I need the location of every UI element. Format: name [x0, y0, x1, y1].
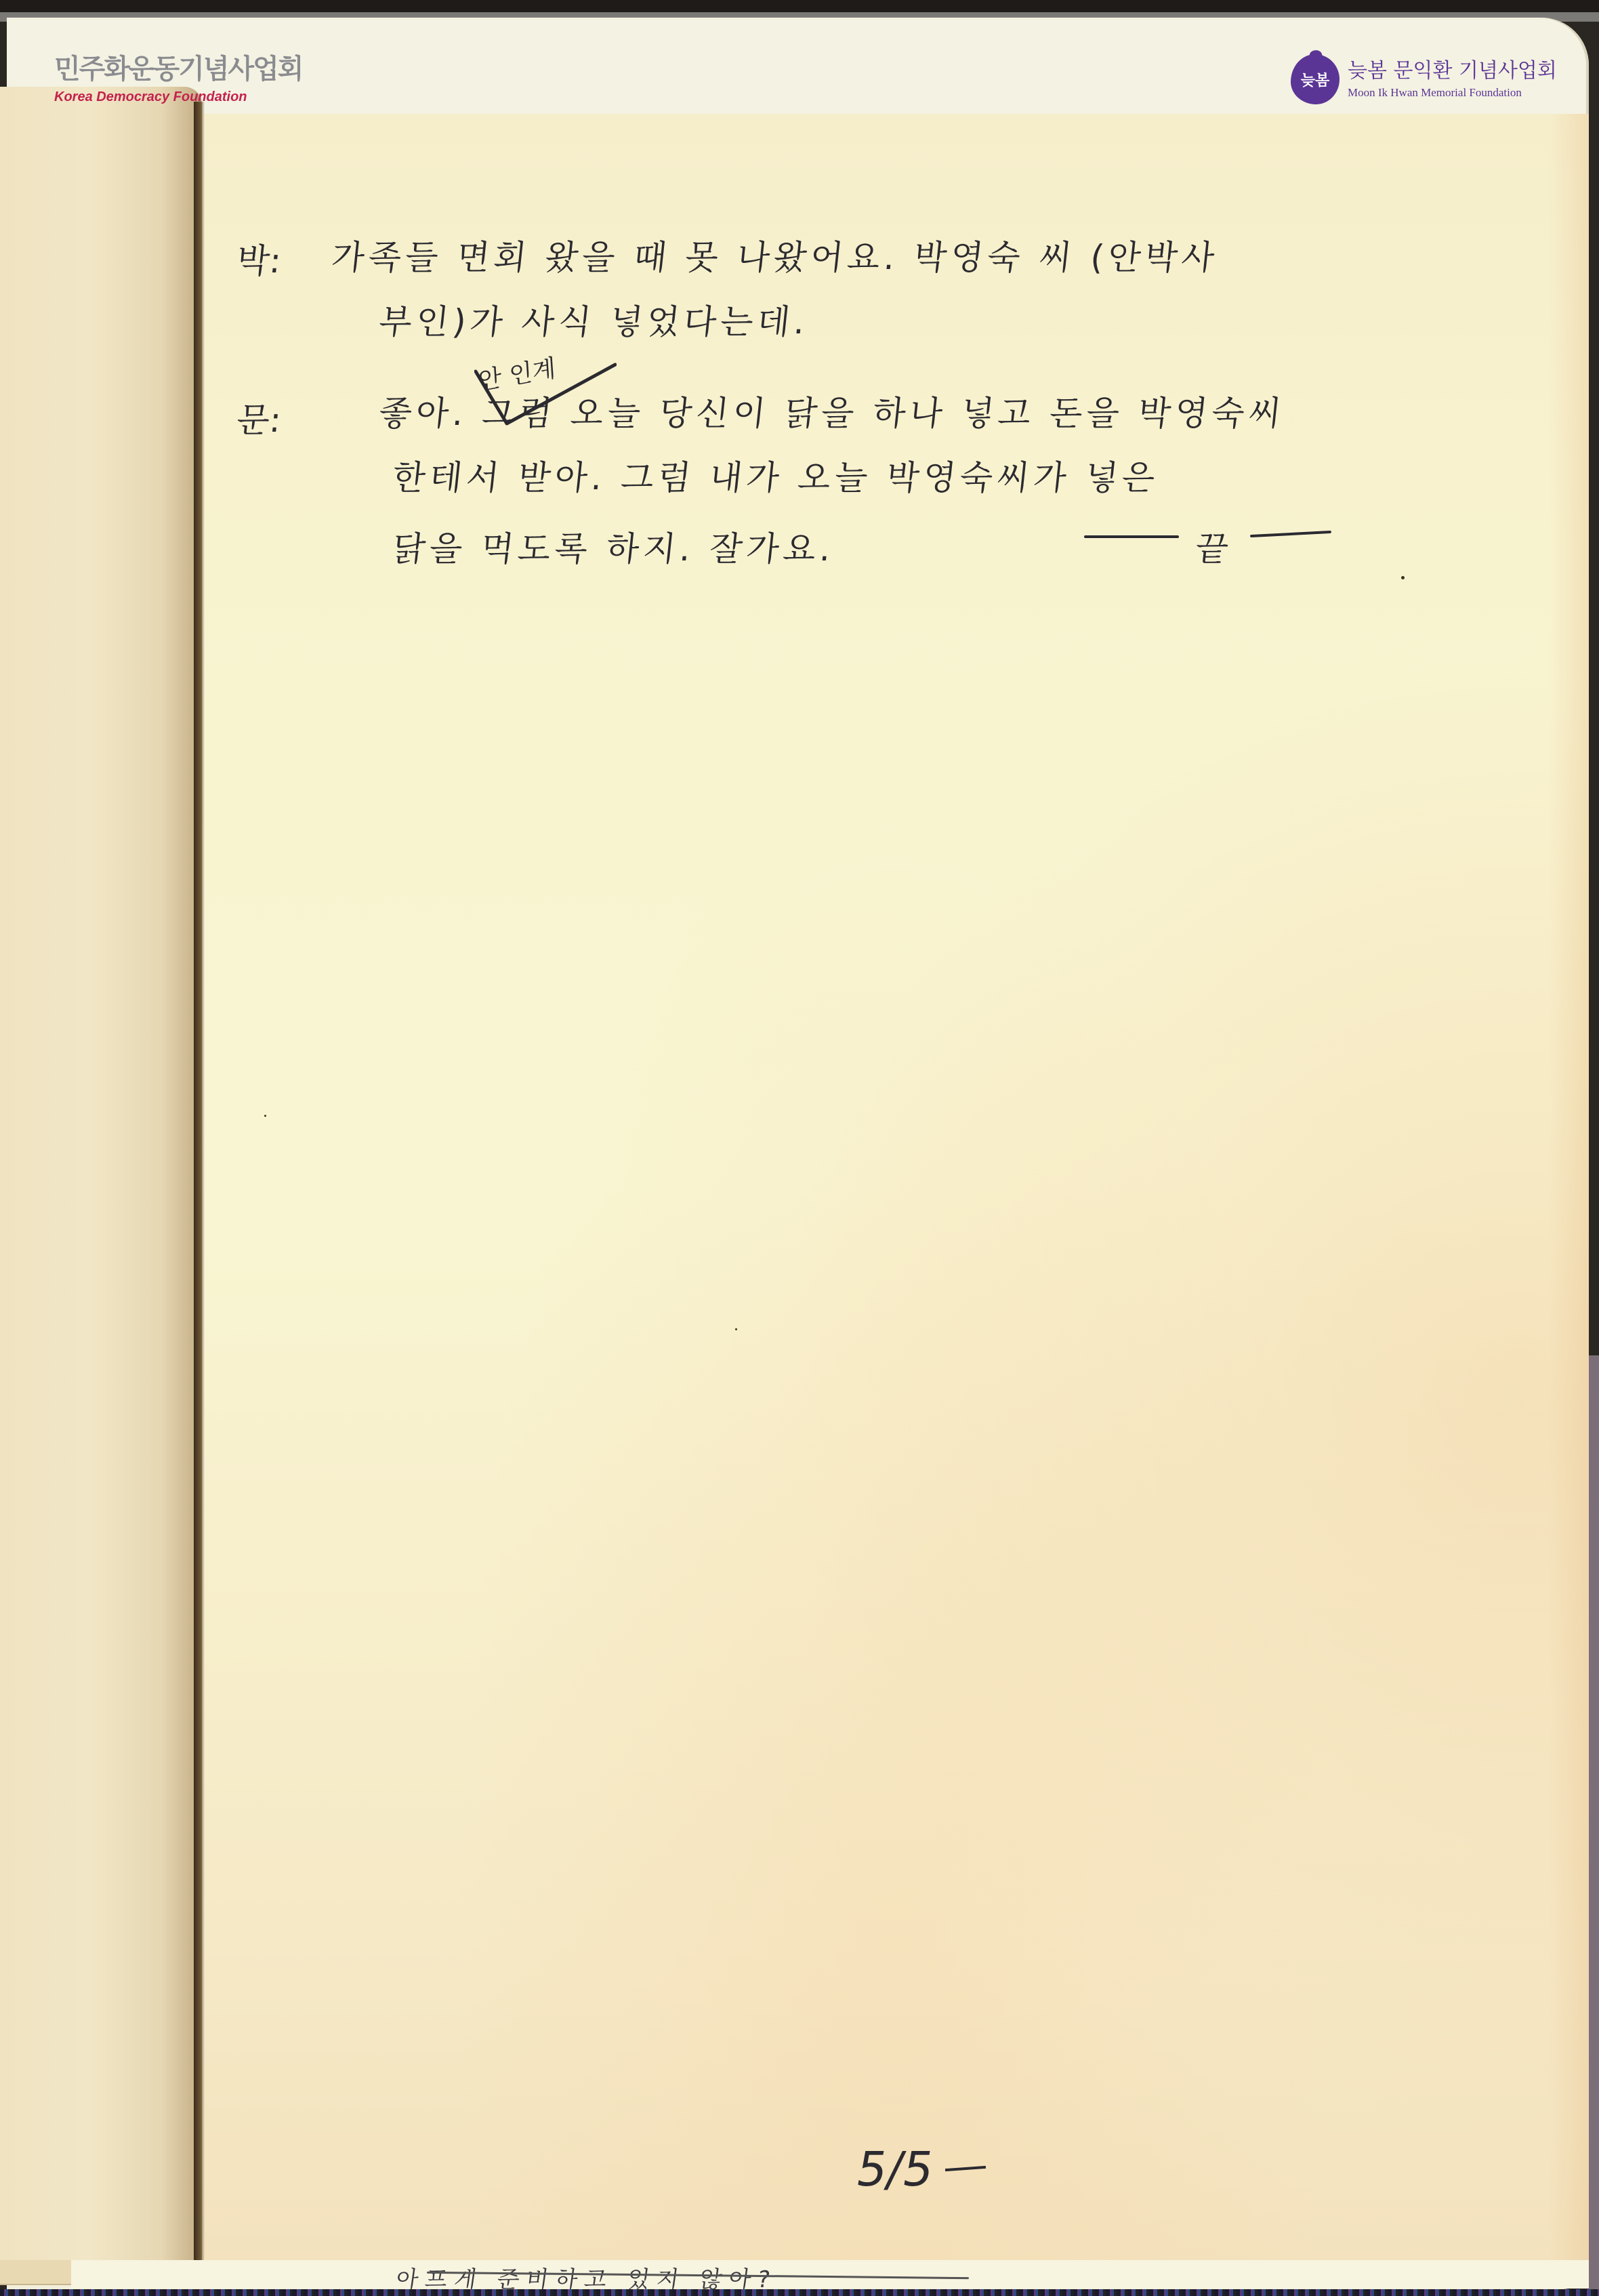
- speaker-label: 문:: [234, 393, 284, 442]
- moon-ik-hwan-foundation-logo: 늦봄 늦봄 문익환 기념사업회 Moon Ik Hwan Memorial Fo…: [1291, 54, 1557, 104]
- left-folded-page: [0, 87, 202, 2262]
- emblem-text: 늦봄: [1301, 69, 1330, 90]
- ink-speck: [264, 1115, 266, 1117]
- nuetbom-emblem-icon: 늦봄: [1291, 54, 1340, 104]
- end-mark: 끝: [1193, 522, 1231, 571]
- page-number: 5/5: [852, 2141, 938, 2197]
- backing-page-edge: [1589, 1355, 1599, 2291]
- manuscript-line-1: 가족들 면회 왔을 때 못 나왔어요. 박영숙 씨 (안박사: [329, 230, 1221, 279]
- manuscript-line-4: 한테서 받아. 그럼 내가 오늘 박영숙씨가 넣은: [390, 451, 1161, 499]
- speaker-label: 박:: [234, 234, 284, 283]
- ink-speck: [1401, 576, 1405, 579]
- kdf-korean-name: 민주화운동기념사업회: [54, 54, 302, 84]
- ink-speck: [735, 1328, 737, 1330]
- backing-page-bottom-strip: [71, 2260, 1589, 2289]
- mih-korean-name: 늦봄 문익환 기념사업회: [1348, 59, 1557, 83]
- kdf-english-name: Korea Democracy Foundation: [54, 89, 302, 105]
- end-mark-left-dash: [1084, 535, 1179, 538]
- mih-english-name: Moon Ik Hwan Memorial Foundation: [1348, 86, 1557, 100]
- korea-democracy-foundation-logo: 민주화운동기념사업회 Korea Democracy Foundation: [54, 54, 302, 105]
- manuscript-line-5: 닭을 먹도록 하지. 잘가요.: [390, 522, 837, 571]
- manuscript-line-2: 부인)가 사식 넣었다는데.: [377, 295, 812, 344]
- scanner-bottom-edge: [0, 2289, 1599, 2296]
- manuscript-page: [203, 114, 1589, 2263]
- book-spine-shadow: [194, 102, 205, 2270]
